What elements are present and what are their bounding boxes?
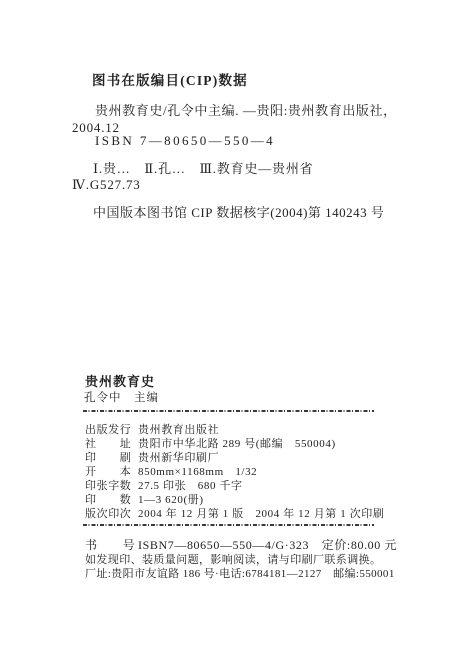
cip-isbn-line: ISBN 7—80650—550—4: [95, 134, 275, 149]
isbn-price-value: ISBN7—80650—550—4/G·323 定价:80.00 元: [138, 539, 397, 553]
info-value: 27.5 印张 680 千字: [138, 480, 243, 493]
cip-record-number-line: 中国版本图书馆 CIP 数据核字(2004)第 140243 号: [93, 206, 384, 221]
info-label: 版次印次: [85, 508, 131, 520]
info-row-publisher: 出版发行 贵州教育出版社: [85, 424, 131, 437]
book-editor: 孔令中 主编: [84, 392, 159, 405]
divider-top: [83, 410, 374, 412]
info-value: 1—3 620(册): [138, 494, 204, 507]
info-value: 贵州教育出版社: [138, 424, 219, 437]
info-row-format: 开 本 850mm×1168mm 1/32: [85, 466, 131, 479]
info-label: 印 数: [85, 494, 131, 506]
cip-heading: 图书在版编目(CIP)数据: [92, 73, 248, 89]
book-copyright-page: 图书在版编目(CIP)数据 贵州教育史/孔令中主编. —贵阳:贵州教育出版社， …: [0, 0, 450, 656]
info-row-address: 社 址 贵阳市中华北路 289 号(邮编 550004): [85, 438, 131, 451]
printer-address: 厂址:贵阳市友谊路 186 号·电话:6784181—2127 邮编:55000…: [85, 568, 395, 581]
info-value: 850mm×1168mm 1/32: [138, 466, 257, 479]
book-title: 贵州教育史: [85, 375, 155, 390]
info-label: 印张字数: [85, 480, 131, 492]
info-row-edition: 版次印次 2004 年 12 月第 1 版 2004 年 12 月第 1 次印刷: [85, 508, 131, 521]
isbn-price-row: 书 号 ISBN7—80650—550—4/G·323 定价:80.00 元: [85, 539, 135, 553]
info-value: 2004 年 12 月第 1 版 2004 年 12 月第 1 次印刷: [138, 508, 385, 521]
quality-notice: 如发现印、装质量问题，影响阅读，请与印刷厂联系调换。: [85, 554, 381, 567]
info-row-printer: 印 刷 贵州新华印刷厂: [85, 452, 131, 465]
info-label: 出版发行: [85, 424, 131, 436]
cip-classification-line: Ⅳ.G527.73: [72, 178, 141, 193]
divider-bottom: [83, 524, 374, 526]
cip-entry-line-1: 贵州教育史/孔令中主编. —贵阳:贵州教育出版社，: [95, 104, 397, 119]
info-row-print-run: 印 数 1—3 620(册): [85, 494, 131, 507]
info-value: 贵阳市中华北路 289 号(邮编 550004): [138, 438, 336, 451]
info-value: 贵州新华印刷厂: [138, 452, 219, 465]
info-label: 开 本: [85, 466, 131, 478]
info-row-sheets-words: 印张字数 27.5 印张 680 千字: [85, 480, 131, 493]
isbn-label: 书 号: [85, 538, 135, 552]
cip-subjects-line: Ⅰ.贵… Ⅱ.孔… Ⅲ.教育史—贵州省: [93, 162, 313, 177]
info-label: 社 址: [85, 438, 131, 450]
info-label: 印 刷: [85, 452, 131, 464]
